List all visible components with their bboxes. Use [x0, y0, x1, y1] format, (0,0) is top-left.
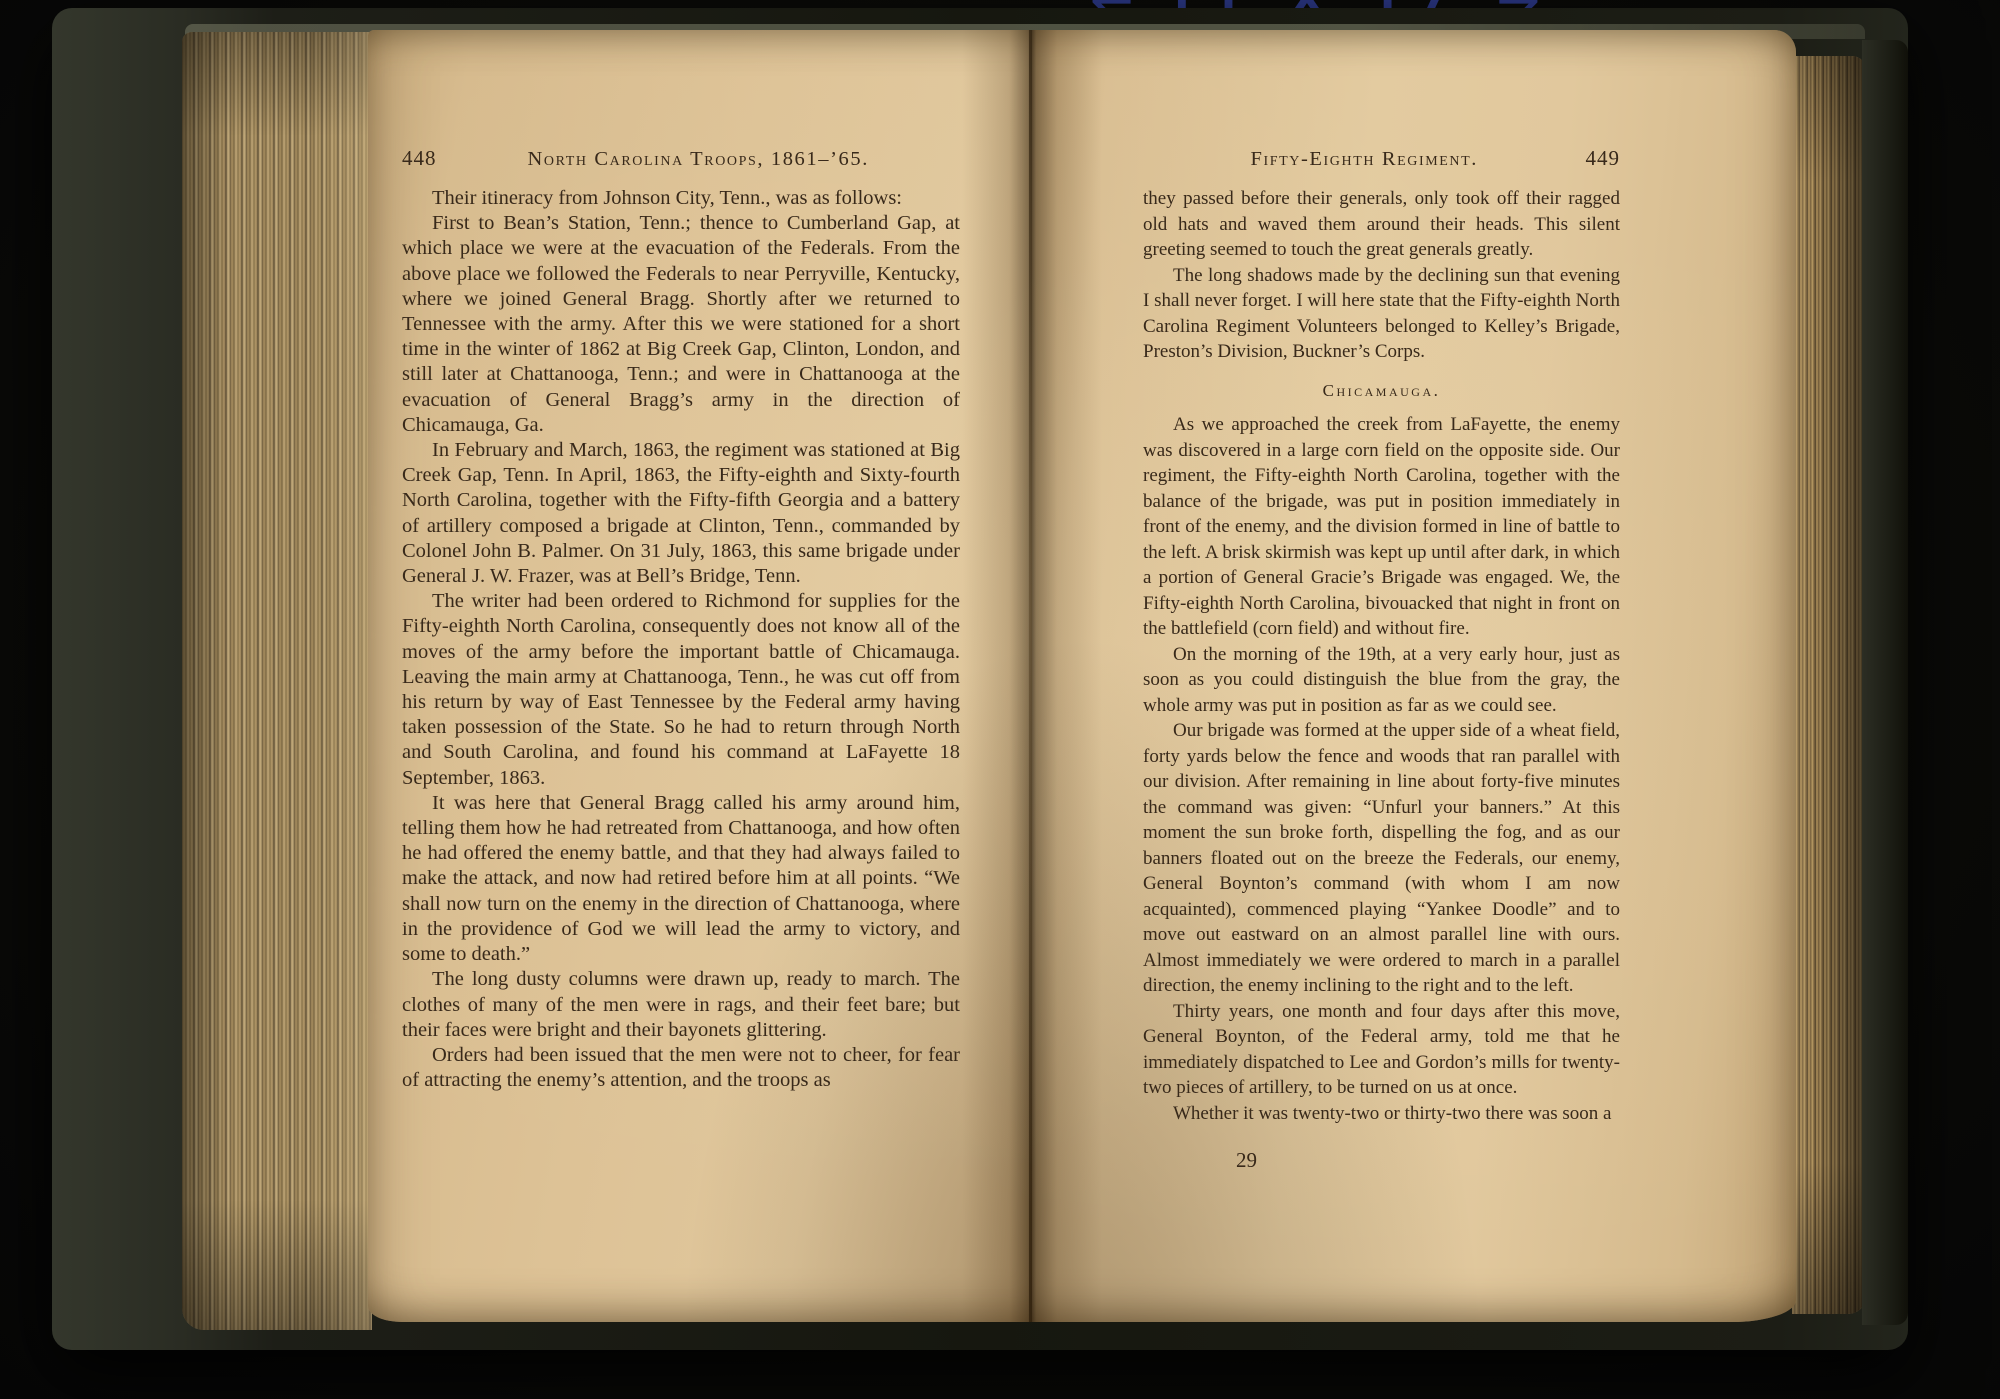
scanner-background: ← 11 X 17 → 448 North Carolina Troops, 1…: [0, 0, 2000, 1399]
left-page-body: Their itineracy from Johnson City, Tenn.…: [402, 186, 960, 1093]
paragraph: Their itineracy from Johnson City, Tenn.…: [402, 186, 960, 211]
paragraph: The long dusty columns were drawn up, re…: [402, 967, 960, 1043]
section-heading-chicamauga: Chicamauga.: [1143, 378, 1620, 404]
paragraph: Our brigade was formed at the upper side…: [1143, 718, 1620, 999]
paragraph: Whether it was twenty-two or thirty-two …: [1143, 1101, 1620, 1127]
right-header-title: Fifty-Eighth Regiment.: [1143, 148, 1586, 171]
paragraph: The long shadows made by the declining s…: [1143, 263, 1620, 365]
right-running-header: Fifty-Eighth Regiment. 449: [1143, 146, 1620, 171]
signature-mark: 29: [1236, 1148, 1257, 1173]
right-page-body: they passed before their generals, only …: [1143, 186, 1620, 1126]
left-running-header: 448 North Carolina Troops, 1861–’65.: [402, 146, 960, 171]
left-fore-edge-page-stack: [182, 32, 372, 1330]
left-header-title: North Carolina Troops, 1861–’65.: [437, 148, 961, 171]
paragraph: In February and March, 1863, the regimen…: [402, 438, 960, 589]
paragraph: Thirty years, one month and four days af…: [1143, 999, 1620, 1101]
paragraph: It was here that General Bragg called hi…: [402, 791, 960, 967]
paragraph: As we approached the creek from LaFayett…: [1143, 412, 1620, 642]
paragraph: First to Bean’s Station, Tenn.; thence t…: [402, 211, 960, 438]
right-page-number: 449: [1586, 146, 1621, 171]
right-fore-edge-page-stack: [1792, 56, 1866, 1314]
paragraph: The writer had been ordered to Richmond …: [402, 589, 960, 791]
book-cover-right-edge: [1862, 40, 1908, 1325]
gutter-crease: [1029, 30, 1032, 1322]
paragraph: On the morning of the 19th, at a very ea…: [1143, 642, 1620, 719]
paragraph: Orders had been issued that the men were…: [402, 1043, 960, 1093]
paragraph: they passed before their generals, only …: [1143, 186, 1620, 263]
left-page-number: 448: [402, 146, 437, 171]
